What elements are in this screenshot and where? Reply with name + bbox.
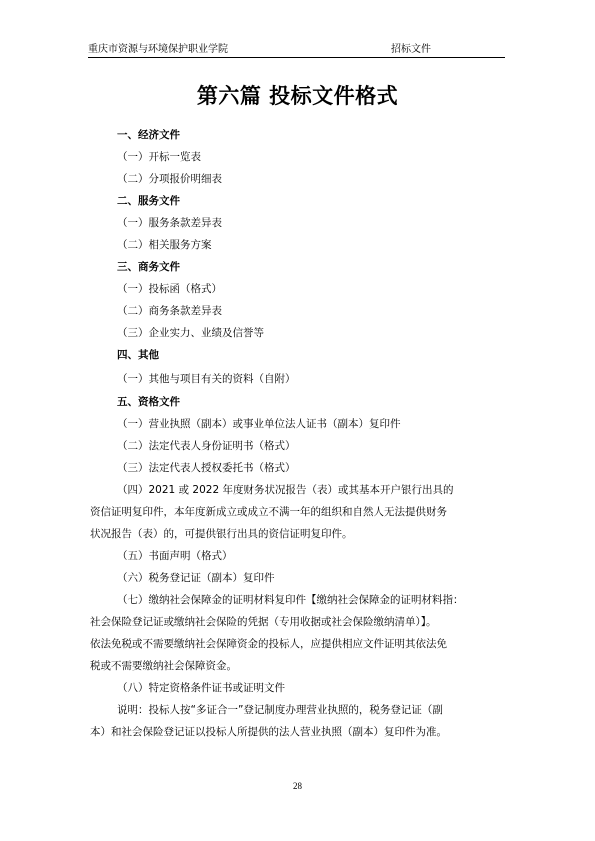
paragraph-item-4-line1: （四）2021 或 2022 年度财务状况报告（表）或其基本开户银行出具的 [117,483,453,497]
list-item: （一）其他与项目有关的资料（自附） [117,372,296,386]
paragraph-item-7-line4: 税或不需要缴纳社会保障资金。 [90,659,237,673]
list-item: （三）企业实力、业绩及信誉等 [117,326,264,340]
paragraph-item-7-line3: 依法免税或不需要缴纳社会保障资金的投标人，应提供相应文件证明其依法免 [90,637,447,651]
note-line1: 说明：投标人按“多证合一”登记制度办理营业执照的，税务登记证（副 [117,703,443,717]
list-item: （六）税务登记证（副本）复印件 [117,571,275,585]
list-item: （一）服务条款差异表 [117,216,222,230]
section-heading-business: 三、商务文件 [117,260,180,274]
page-number: 28 [0,781,595,791]
section-heading-qualification: 五、资格文件 [117,395,180,409]
paragraph-item-7-line1: （七）缴纳社会保障金的证明材料复印件【缴纳社会保障金的证明材料指： [117,593,464,607]
page-title: 第六篇 投标文件格式 [0,80,595,110]
list-item: （二）商务条款差异表 [117,304,222,318]
list-item: （二）法定代表人身份证明书（格式） [117,439,296,453]
section-heading-service: 二、服务文件 [117,194,180,208]
note-line2: 本）和社会保险登记证以投标人所提供的法人营业执照（副本）复印件为准。 [90,725,447,739]
paragraph-item-4-line3: 状况报告（表）的，可提供银行出具的资信证明复印件。 [90,527,353,541]
list-item: （五）书面声明（格式） [117,549,233,563]
paragraph-item-4-line2: 资信证明复印件，本年度新成立或成立不满一年的组织和自然人无法提供财务 [90,505,447,519]
paragraph-item-7-line2: 社会保险登记证或缴纳社会保险的凭据（专用收据或社会保险缴纳清单）】。 [90,615,437,629]
list-item: （二）分项报价明细表 [117,172,222,186]
section-heading-economic: 一、经济文件 [117,128,180,142]
list-item: （八）特定资格条件证书或证明文件 [117,681,285,695]
header-doc-type: 招标文件 [391,42,431,57]
section-heading-other: 四、其他 [117,348,159,362]
list-item: （一）营业执照（副本）或事业单位法人证书（副本）复印件 [117,417,401,431]
list-item: （三）法定代表人授权委托书（格式） [117,461,296,475]
list-item: （二）相关服务方案 [117,238,212,252]
list-item: （一）开标一览表 [117,150,201,164]
page-header: 重庆市资源与环境保护职业学院 招标文件 [88,42,505,58]
header-institution: 重庆市资源与环境保护职业学院 [88,42,228,57]
list-item: （一）投标函（格式） [117,282,222,296]
